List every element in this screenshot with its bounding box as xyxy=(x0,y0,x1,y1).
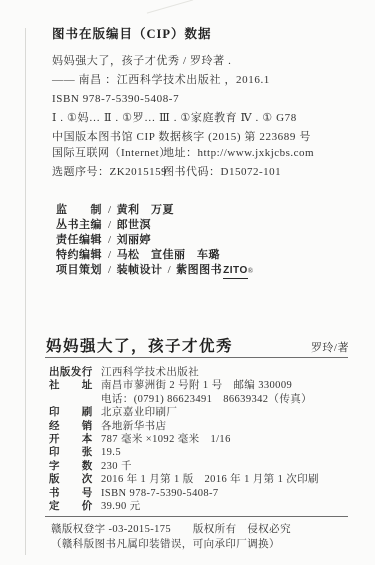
staff-role: 监 制 xyxy=(56,203,103,218)
divider-top xyxy=(45,357,348,358)
colophon-row-phone: 电话：(0791) 86623491 86639342（传真） xyxy=(49,393,357,406)
staff-credits-block: 监 制 / 黄利 万夏 丛书主编 / 郎世溟 责任编辑 / 刘丽婷 特约编辑 /… xyxy=(56,203,355,279)
colophon-label: 书 号 xyxy=(49,487,95,500)
colophon-value: 江西科学技术出版社 xyxy=(101,366,357,379)
staff-role: 丛书主编 xyxy=(56,218,103,233)
colophon-block: 出版发行 江西科学技术出版社 社 址 南昌市蓼洲街 2 号附 1 号 邮编 33… xyxy=(49,366,357,513)
colophon-label: 印 张 xyxy=(49,446,95,459)
colophon-value: 各地新华书店 xyxy=(101,420,357,433)
colophon-value: 19.5 xyxy=(101,446,357,459)
registered-trademark-icon: ® xyxy=(248,264,254,279)
colophon-row-isbn: 书 号 ISBN 978-7-5390-5408-7 xyxy=(49,487,357,500)
internet-info-block: 国际互联网（Internet） 地址：http://www.jxkjcbs.co… xyxy=(52,144,355,182)
misprint-exchange-line: （赣科版图书凡属印装错误，可向承印厂调换） xyxy=(51,537,357,552)
staff-row-series-editor: 丛书主编 / 郎世溟 xyxy=(56,218,355,233)
colophon-row-price: 定 价 39.90 元 xyxy=(49,500,357,513)
cip-line-title: 妈妈强大了，孩子才优秀 / 罗玲著 . xyxy=(52,52,349,71)
colophon-row-wordcount: 字 数 230 千 xyxy=(49,460,357,473)
footer-block: 赣版权登字 -03-2015-175 版权所有 侵权必究 （赣科版图书凡属印装错… xyxy=(51,522,357,552)
colophon-value: 787 毫米 ×1092 毫米 1/16 xyxy=(101,433,357,446)
colophon-value: 39.90 元 xyxy=(101,500,357,513)
colophon-label: 定 价 xyxy=(49,500,95,513)
staff-names: 刘丽婷 xyxy=(117,233,152,248)
slash-separator: / xyxy=(108,218,112,233)
staff-role: 责任编辑 xyxy=(56,233,103,248)
staff-names: 黄利 万夏 xyxy=(117,203,175,218)
slash-separator: / xyxy=(108,233,112,248)
slash-separator: / xyxy=(108,263,112,278)
cip-line-classification: Ⅰ . ①妈… Ⅱ . ①罗… Ⅲ . ①家庭教育 Ⅳ . ① G78 xyxy=(52,109,349,128)
staff-row-special-editor: 特约编辑 / 马松 宣佳丽 车璐 xyxy=(56,248,355,263)
colophon-value: 230 千 xyxy=(101,460,357,473)
staff-role: 项目策划 xyxy=(56,263,103,278)
colophon-row-distributor: 经 销 各地新华书店 xyxy=(49,420,357,433)
colophon-label: 字 数 xyxy=(49,460,95,473)
colophon-label: 出版发行 xyxy=(49,366,95,379)
divider-bottom xyxy=(45,516,348,517)
colophon-row-sheets: 印 张 19.5 xyxy=(49,446,357,459)
design-company: 紫图图书 xyxy=(176,263,222,278)
cip-heading: 图书在版编目（CIP）数据 xyxy=(52,24,349,42)
book-code: 图书代码：D15072-101 xyxy=(163,163,355,182)
slash-separator: / xyxy=(108,203,112,218)
book-copyright-page: 图书在版编目（CIP）数据 妈妈强大了，孩子才优秀 / 罗玲著 . —— 南昌 … xyxy=(0,0,375,565)
staff-row-supervisor: 监 制 / 黄利 万夏 xyxy=(56,203,355,218)
colophon-value: 2016 年 1 月第 1 版 2016 年 1 月第 1 次印刷 xyxy=(101,473,357,486)
staff-names: 郎世溟 xyxy=(117,218,152,233)
colophon-value: 电话：(0791) 86623491 86639342（传真） xyxy=(101,393,357,406)
colophon-row-publisher: 出版发行 江西科学技术出版社 xyxy=(49,366,357,379)
cip-line-isbn: ISBN 978-7-5390-5408-7 xyxy=(52,90,349,109)
colophon-row-format: 开 本 787 毫米 ×1092 毫米 1/16 xyxy=(49,433,357,446)
cip-line-publisher: —— 南昌 ：江西科学技术出版社 ，2016.1 xyxy=(52,71,349,90)
internet-label: 国际互联网（Internet） xyxy=(52,144,163,163)
colophon-label: 印 刷 xyxy=(49,406,95,419)
staff-row-design: 项目策划 / 装帧设计 / 紫图图书 ZITO ® xyxy=(56,263,355,279)
copyright-registration-line: 赣版权登字 -03-2015-175 版权所有 侵权必究 xyxy=(51,522,357,537)
cip-block: 图书在版编目（CIP）数据 妈妈强大了，孩子才优秀 / 罗玲著 . —— 南昌 … xyxy=(52,24,349,147)
internet-url: 地址：http://www.jxkjcbs.com xyxy=(163,144,355,163)
selection-number: 选题序号：ZK2015159 xyxy=(52,163,163,182)
staff-role-secondary: 装帧设计 xyxy=(117,263,163,278)
colophon-label: 社 址 xyxy=(49,379,95,392)
colophon-label: 经 销 xyxy=(49,420,95,433)
slash-separator: / xyxy=(168,263,172,278)
title-row: 妈妈强大了，孩子才优秀 罗玲/著 xyxy=(46,334,349,356)
colophon-row-edition: 版 次 2016 年 1 月第 1 版 2016 年 1 月第 1 次印刷 xyxy=(49,473,357,486)
colophon-value: 北京嘉业印刷厂 xyxy=(101,406,357,419)
scan-edge-line xyxy=(25,28,26,555)
internet-row: 选题序号：ZK2015159 图书代码：D15072-101 xyxy=(52,163,355,182)
colophon-value: 南昌市蓼洲街 2 号附 1 号 邮编 330009 xyxy=(101,379,357,392)
staff-names: 马松 宣佳丽 车璐 xyxy=(117,248,221,263)
staff-row-responsible-editor: 责任编辑 / 刘丽婷 xyxy=(56,233,355,248)
colophon-label: 开 本 xyxy=(49,433,95,446)
slash-separator: / xyxy=(108,248,112,263)
internet-row: 国际互联网（Internet） 地址：http://www.jxkjcbs.co… xyxy=(52,144,355,163)
scan-scratch-mark xyxy=(147,0,193,14)
colophon-label: 版 次 xyxy=(49,473,95,486)
book-title: 妈妈强大了，孩子才优秀 xyxy=(46,334,233,356)
colophon-value: ISBN 978-7-5390-5408-7 xyxy=(101,487,357,500)
book-author: 罗玲/著 xyxy=(311,339,349,355)
colophon-row-printer: 印 刷 北京嘉业印刷厂 xyxy=(49,406,357,419)
zito-logo: ZITO xyxy=(223,263,248,279)
staff-role: 特约编辑 xyxy=(56,248,103,263)
colophon-row-address: 社 址 南昌市蓼洲街 2 号附 1 号 邮编 330009 xyxy=(49,379,357,392)
